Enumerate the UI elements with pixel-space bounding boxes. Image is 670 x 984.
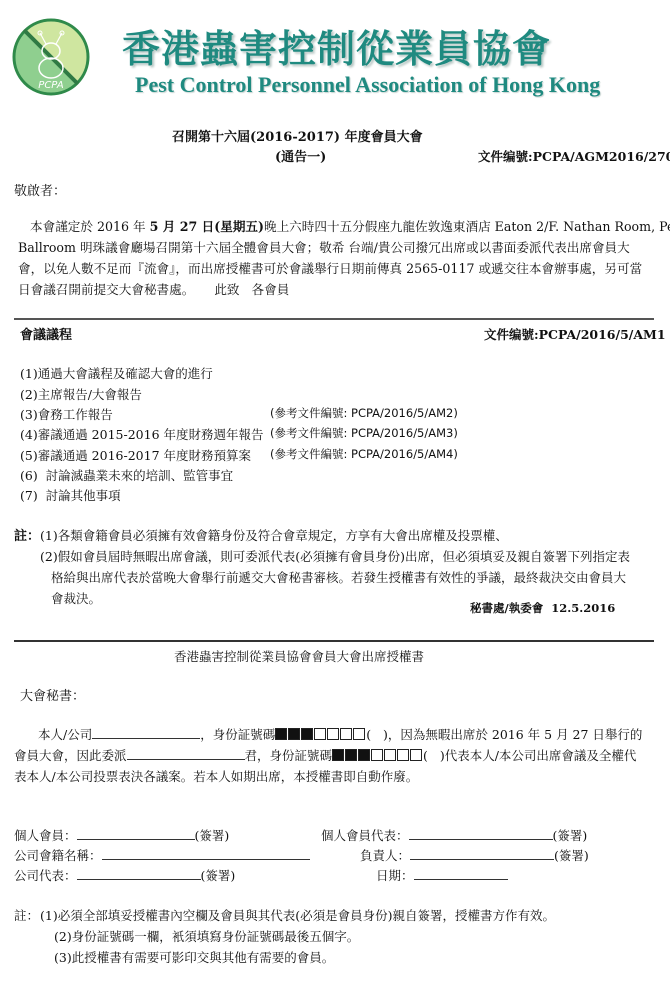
agenda-item: (6) 討論滅蟲業未來的培訓、監管事宜: [20, 466, 233, 484]
company-rep-field[interactable]: [77, 867, 201, 880]
salutation: 敬啟者：: [14, 180, 66, 199]
agenda-item: (2)主席報告/大會報告: [20, 385, 142, 403]
agenda-ref-number: 文件编號:PCPA/2016/5/AM1: [484, 325, 666, 343]
proxy-id-field[interactable]: [332, 748, 423, 763]
proxy-text: ( )，因為無暇出席於 2016 年 5 月 27 日舉行的: [366, 727, 642, 742]
label-member: 本人/公司: [38, 727, 92, 742]
proxy-note-2: (2)身份証號碼一欄，衹須填寫身份証號碼最後五個字。: [54, 927, 359, 945]
proxy-text: ( )代表本人/本公司出席會議及全權代: [423, 748, 636, 763]
person-in-charge-row: 負責人：(簽署): [360, 846, 589, 864]
pcpa-logo: PCPA: [12, 18, 90, 96]
body-text: 日會議召開前提交大會秘書處。 此致 各會員: [18, 279, 660, 300]
label-individual-member: 個人會員：: [14, 828, 77, 843]
body-text: 會，以免人數不足而『流會』，而出席授權書可於會議舉行日期前傳真 2565-011…: [18, 258, 660, 279]
agenda-item-ref: (參考文件編號: PCPA/2016/5/AM4): [270, 446, 458, 462]
label-date: 日期：: [376, 868, 414, 883]
divider: [14, 318, 654, 320]
proxy-line-1: 本人/公司，身份証號碼( )，因為無暇出席於 2016 年 5 月 27 日舉行…: [38, 725, 642, 743]
org-name-chinese: 香港蟲害控制從業員協會: [122, 18, 551, 73]
label-person-in-charge: 負責人：: [360, 848, 410, 863]
agenda-item: (1)通過大會議程及確認大會的進行: [20, 364, 213, 382]
notice-subtitle: (通告一): [275, 146, 326, 165]
agenda-item-ref: (參考文件編號: PCPA/2016/5/AM2): [270, 405, 458, 421]
notes-prefix: 註：: [14, 525, 40, 544]
proxy-form-title: 香港蟲害控制從業員協會會員大會出席授權書: [174, 647, 424, 665]
company-name-row: 公司會籍名稱：: [14, 846, 310, 864]
proxy-addressee: 大會秘書：: [20, 685, 85, 704]
label-sign: (簽署): [201, 868, 236, 883]
label-sign: (簽署): [195, 828, 230, 843]
note-1: (1)各類會籍會員必須擁有效會籍身份及符合會章規定，方享有大會出席權及投票權、: [40, 526, 508, 544]
individual-rep-field[interactable]: [409, 827, 553, 840]
company-rep-row: 公司代表：(簽署): [14, 866, 235, 884]
label-company-name: 公司會籍名稱：: [14, 848, 102, 863]
label-appoint: 會員大會，因此委派: [14, 748, 127, 763]
notice-title: 召開第十六屆(2016-2017) 年度會員大會: [172, 126, 423, 145]
label-id: 君，身份証號碼: [245, 748, 333, 763]
note-2-line-2: 格給與出席代表於當晚大會舉行前遞交大會秘書審核。若發生授權書有效性的爭議，最終裁…: [51, 568, 626, 586]
proxy-notes-prefix: 註：: [14, 906, 39, 924]
proxy-note-3: (3)此授權書有需要可影印交與其他有需要的會員。: [54, 948, 334, 966]
individual-member-field[interactable]: [77, 827, 195, 840]
member-name-field[interactable]: [92, 726, 200, 739]
body-text: Ballroom 明珠議會廳場召開第十六屆全體會員大會；敬希 台端/貴公司撥冗出…: [18, 237, 660, 258]
note-2-line-3: 會裁決。: [51, 589, 101, 607]
notice-signature: 秘書處/執委會 12.5.2016: [470, 600, 615, 616]
agenda-item: (4)審議通過 2015-2016 年度財務週年報告: [20, 425, 264, 443]
proxy-line-3: 表本人/本公司投票表決各議案。若本人如期出席，本授權書即自動作廢。: [14, 767, 418, 785]
person-in-charge-field[interactable]: [410, 847, 554, 860]
proxy-note-1: (1)必須全部填妥授權書內空欄及會員與其代表(必須是會員身份)親自簽署，授權書方…: [40, 906, 555, 924]
individual-rep-row: 個人會員代表：(簽署): [321, 826, 587, 844]
proxy-name-field[interactable]: [127, 747, 245, 760]
divider: [14, 640, 654, 642]
note-2-line-1: (2)假如會員屆時無暇出席會議，則可委派代表(必須擁有會員身份)出席，但必須填妥…: [40, 547, 630, 565]
proxy-line-2: 會員大會，因此委派君，身份証號碼( )代表本人/本公司出席會議及全權代: [14, 746, 636, 764]
agenda-title: 會議議程: [20, 324, 72, 343]
member-id-field[interactable]: [275, 727, 366, 742]
company-name-field[interactable]: [102, 847, 310, 860]
label-individual-rep: 個人會員代表：: [321, 828, 409, 843]
date-row: 日期：: [376, 866, 508, 884]
meeting-date: 5 月 27 日(星期五): [150, 219, 264, 234]
agenda-item: (3)會務工作報告: [20, 405, 113, 423]
notice-body: 本會謹定於 2016 年 5 月 27 日(星期五)晚上六時四十五分假座九龍佐敦…: [18, 216, 660, 300]
label-company-rep: 公司代表：: [14, 868, 77, 883]
body-text: 本會謹定於 2016 年: [30, 219, 146, 234]
label-id: ，身份証號碼: [200, 727, 275, 742]
individual-member-row: 個人會員：(簽署): [14, 826, 229, 844]
notice-ref-number: 文件编號:PCPA/AGM2016/2705/1: [478, 147, 670, 165]
label-sign: (簽署): [553, 828, 588, 843]
body-text: 晚上六時四十五分假座九龍佐敦逸東酒店 Eaton 2/F. Nathan Roo…: [264, 219, 670, 234]
label-sign: (簽署): [554, 848, 589, 863]
agenda-item: (5)審議通過 2016-2017 年度財務預算案: [20, 446, 251, 464]
svg-text:PCPA: PCPA: [38, 80, 64, 91]
date-field[interactable]: [414, 867, 508, 880]
org-name-english: Pest Control Personnel Association of Ho…: [135, 72, 600, 98]
agenda-item-ref: (參考文件編號: PCPA/2016/5/AM3): [270, 425, 458, 441]
agenda-item: (7) 討論其他事項: [20, 486, 121, 504]
